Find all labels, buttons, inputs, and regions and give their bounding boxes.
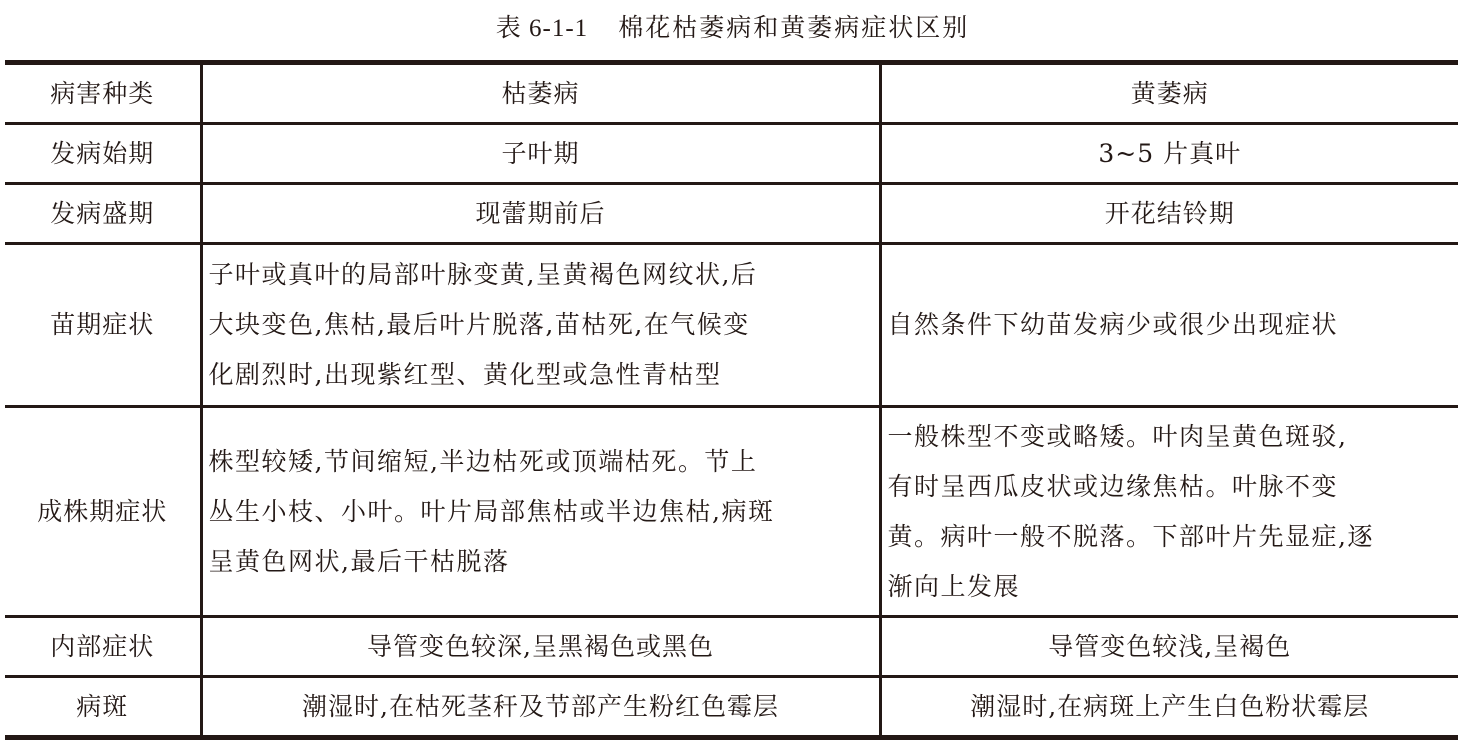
cell-fusarium: 潮湿时,在枯死茎秆及节部产生粉红色霉层 bbox=[201, 677, 880, 738]
row-label: 发病盛期 bbox=[5, 184, 201, 244]
cell-text: 子叶期 bbox=[209, 129, 873, 179]
table-row-mature: 成株期症状 株型较矮,节间缩短,半边枯死或顶端枯死。节上 丛生小枝、小叶。叶片局… bbox=[5, 407, 1458, 617]
cell-text: 株型较矮,节间缩短,半边枯死或顶端枯死。节上 bbox=[209, 437, 873, 487]
table-row-peak: 发病盛期 现蕾期前后 开花结铃期 bbox=[5, 184, 1458, 244]
table-title: 棉花枯萎病和黄萎病症状区别 bbox=[618, 13, 969, 42]
symptom-comparison-table: 病害种类 枯萎病 黄萎病 发病始期 子叶期 3~5 片真叶 发病盛期 现蕾期前后… bbox=[5, 60, 1458, 740]
table-number: 表 6-1-1 bbox=[496, 15, 588, 42]
cell-text: 大块变色,焦枯,最后叶片脱落,苗枯死,在气候变 bbox=[209, 300, 873, 350]
cell-text: 有时呈西瓜皮状或边缘焦枯。叶脉不变 bbox=[888, 462, 1453, 512]
cell-verticillium: 导管变色较浅,呈褐色 bbox=[880, 617, 1458, 677]
table-row-onset: 发病始期 子叶期 3~5 片真叶 bbox=[5, 124, 1458, 184]
cell-text: 子叶或真叶的局部叶脉变黄,呈黄褐色网纹状,后 bbox=[209, 250, 873, 300]
cell-text: 一般株型不变或略矮。叶肉呈黄色斑驳, bbox=[888, 412, 1453, 462]
cell-fusarium: 子叶期 bbox=[201, 124, 880, 184]
cell-verticillium: 自然条件下幼苗发病少或很少出现症状 bbox=[880, 244, 1458, 407]
header-row: 病害种类 枯萎病 黄萎病 bbox=[5, 63, 1458, 124]
cell-fusarium: 子叶或真叶的局部叶脉变黄,呈黄褐色网纹状,后 大块变色,焦枯,最后叶片脱落,苗枯… bbox=[201, 244, 880, 407]
cell-verticillium: 开花结铃期 bbox=[880, 184, 1458, 244]
cell-text: 化剧烈时,出现紫红型、黄化型或急性青枯型 bbox=[209, 350, 873, 400]
header-fusarium-wilt: 枯萎病 bbox=[201, 63, 880, 124]
cell-fusarium: 现蕾期前后 bbox=[201, 184, 880, 244]
cell-text: 呈黄色网状,最后干枯脱落 bbox=[209, 537, 873, 587]
table-row-seedling: 苗期症状 子叶或真叶的局部叶脉变黄,呈黄褐色网纹状,后 大块变色,焦枯,最后叶片… bbox=[5, 244, 1458, 407]
cell-text: 导管变色较浅,呈褐色 bbox=[888, 622, 1453, 672]
cell-text: 渐向上发展 bbox=[888, 562, 1453, 612]
header-verticillium-wilt: 黄萎病 bbox=[880, 63, 1458, 124]
cell-fusarium: 导管变色较深,呈黑褐色或黑色 bbox=[201, 617, 880, 677]
cell-text: 自然条件下幼苗发病少或很少出现症状 bbox=[888, 300, 1453, 350]
cell-text: 开花结铃期 bbox=[888, 189, 1453, 239]
cell-text: 丛生小枝、小叶。叶片局部焦枯或半边焦枯,病斑 bbox=[209, 487, 873, 537]
row-label: 内部症状 bbox=[5, 617, 201, 677]
row-label: 病斑 bbox=[5, 677, 201, 738]
row-label: 发病始期 bbox=[5, 124, 201, 184]
cell-text: 现蕾期前后 bbox=[209, 189, 873, 239]
cell-text: 导管变色较深,呈黑褐色或黑色 bbox=[209, 622, 873, 672]
cell-text: 黄。病叶一般不脱落。下部叶片先显症,逐 bbox=[888, 512, 1453, 562]
cell-text: 潮湿时,在病斑上产生白色粉状霉层 bbox=[888, 682, 1453, 732]
row-label: 成株期症状 bbox=[5, 407, 201, 617]
table-row-lesion: 病斑 潮湿时,在枯死茎秆及节部产生粉红色霉层 潮湿时,在病斑上产生白色粉状霉层 bbox=[5, 677, 1458, 738]
cell-text: 潮湿时,在枯死茎秆及节部产生粉红色霉层 bbox=[209, 682, 873, 732]
cell-text: 3~5 片真叶 bbox=[888, 129, 1453, 179]
table-caption: 表 6-1-1棉花枯萎病和黄萎病症状区别 bbox=[0, 8, 1465, 49]
cell-verticillium: 一般株型不变或略矮。叶肉呈黄色斑驳, 有时呈西瓜皮状或边缘焦枯。叶脉不变 黄。病… bbox=[880, 407, 1458, 617]
header-disease-type: 病害种类 bbox=[5, 63, 201, 124]
table-row-internal: 内部症状 导管变色较深,呈黑褐色或黑色 导管变色较浅,呈褐色 bbox=[5, 617, 1458, 677]
cell-verticillium: 3~5 片真叶 bbox=[880, 124, 1458, 184]
row-label: 苗期症状 bbox=[5, 244, 201, 407]
cell-verticillium: 潮湿时,在病斑上产生白色粉状霉层 bbox=[880, 677, 1458, 738]
cell-fusarium: 株型较矮,节间缩短,半边枯死或顶端枯死。节上 丛生小枝、小叶。叶片局部焦枯或半边… bbox=[201, 407, 880, 617]
